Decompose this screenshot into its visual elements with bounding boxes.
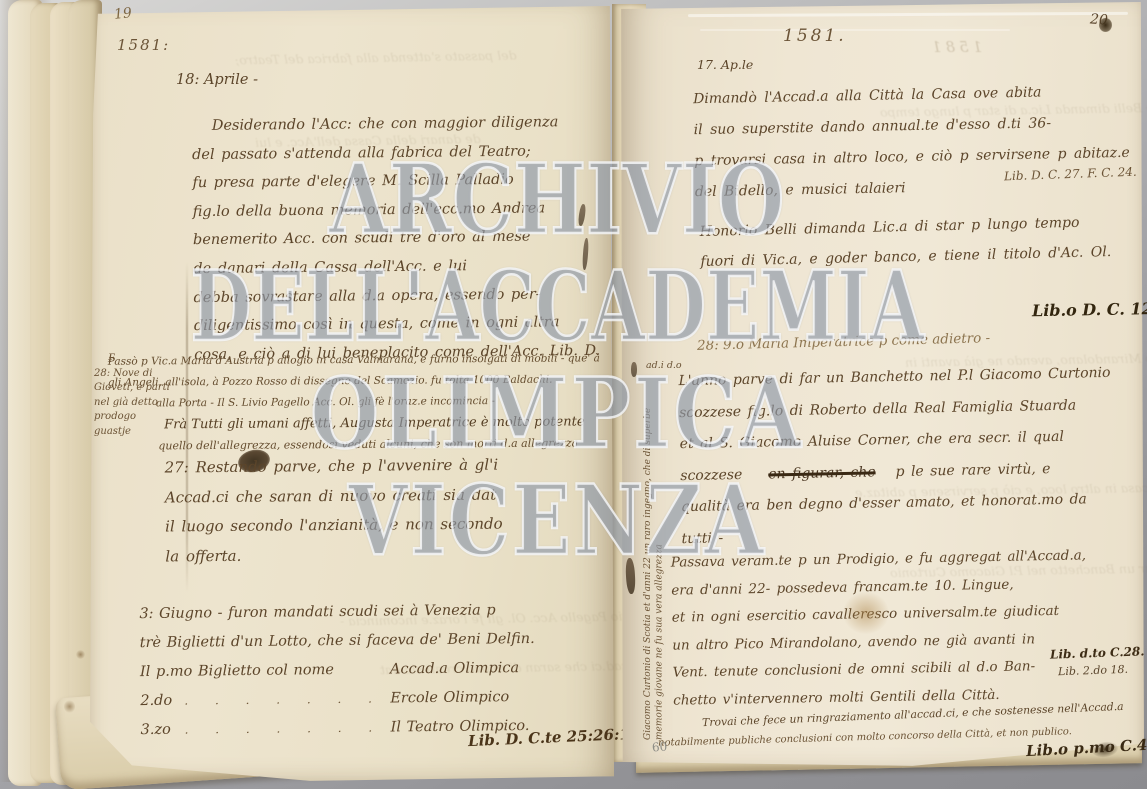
dotted-leader: . . . . . . . (184, 713, 390, 744)
manuscript-line: Accad.ci che saran di nuovo creati sia d… (165, 480, 503, 512)
manuscript-line: diligentissimo così in questa, come in o… (194, 308, 600, 341)
lotto-row: Il p.mo Biglietto col nomeAccad.a Olimpi… (140, 654, 535, 687)
manuscript-line: fu presa parte d'elegere M. Scilla Palla… (192, 165, 598, 198)
vertical-margin-note: Giacomo Curtonio di Scotia et d'anni 22 … (643, 378, 669, 740)
manuscript-line: gli Angeli, all'isola, à Pozzo Rosso di … (108, 369, 600, 393)
year-heading-right: 1581. (783, 26, 847, 46)
margin-note-line: prodogo (94, 410, 170, 425)
entry-giugno-paragraph: 3: Giugno - furon mandati scudi sei à Ve… (139, 596, 536, 745)
margin-note-line: guastje (94, 425, 170, 440)
pencil-folio-number: 60 (652, 739, 668, 754)
margin-note-line: 28: Nove di (94, 367, 170, 382)
manuscript-line: de danari della Cassa dell'Acc. e lui (193, 251, 599, 284)
entry-april-paragraph: Desiderando l'Acc: che con maggior dilig… (192, 108, 601, 370)
manuscript-line: trè Biglietti d'un Lotto, che si faceva … (140, 625, 535, 658)
manuscript-line: la offerta. (165, 539, 503, 571)
entry-banchetto-paragraph: L'anno parve di far un Banchetto nel P.l… (678, 358, 1114, 555)
lotto-name: Accad.a Olimpica (390, 660, 519, 677)
reference-citation: Lib. 2.do 18. (1058, 663, 1128, 678)
entry-27-paragraph: 27: Restando parve, che p l'avvenire à g… (164, 451, 503, 572)
line-segment: scozzese (680, 466, 742, 483)
manuscript-scan: 19 1581: 18: Aprile - del passato s'atte… (0, 0, 1147, 789)
line-segment: p le sue rare virtù, e (895, 461, 1050, 480)
manuscript-line: debba sovrastare alla d.a opera, essendo… (193, 279, 599, 312)
entry-belli-paragraph: Honorio Belli dimanda Lic.a di star p lu… (699, 207, 1111, 277)
entry-inserted-note: Passò p Vic.a Maria d'Austria p allogio … (108, 348, 601, 456)
ink-blot (1099, 18, 1112, 32)
date-heading-april: 18: Aprile - (176, 72, 258, 88)
margin-note-left: ₣ 28: Nove di Gioveti, e parti nel già d… (94, 352, 170, 440)
margin-mark: ₣ (108, 352, 170, 367)
lotto-label: 2.do (140, 687, 184, 716)
manuscript-line: il luogo secondo l'anzianità, e non seco… (165, 510, 503, 542)
lotto-label: 3.zo (140, 716, 184, 745)
paper-stain (64, 700, 75, 713)
manuscript-line: 3: Giugno - furon mandati scudi sei à Ve… (139, 596, 534, 629)
manuscript-line: Frà Tutti gli umani affetti, Augusta Imp… (164, 411, 600, 435)
manuscript-line: del passato s'attenda alla fabrica del T… (192, 136, 598, 169)
lotto-row: 2.do. . . . . . .Ercole Olimpico (140, 683, 535, 716)
paper-stain (843, 592, 889, 634)
margin-note-addo: ad.i d.o (646, 360, 682, 371)
paper-stain (76, 650, 85, 659)
date-heading-aprile-17: 17. Ap.le (697, 57, 753, 72)
manuscript-line: fig.lo della buona memoria dell'ecc.mo A… (193, 194, 599, 227)
margin-note-line: Gioveti, e parti (94, 381, 170, 396)
entry-casa-paragraph: Dimandò l'Accad.a alla Città la Casa ove… (693, 76, 1131, 208)
manuscript-line: 27: Restando parve, che p l'avvenire à g… (164, 451, 502, 483)
bleedthrough-year: 1581 (928, 38, 982, 56)
scan-streak (700, 29, 1010, 31)
lotto-name: Ercole Olimpico (390, 689, 509, 706)
lotto-label: Il p.mo Biglietto col nome (140, 655, 390, 687)
reference-citation-bold: Lib.o D. C. 127. (1032, 299, 1147, 320)
struck-out-text: en figurar, che (768, 464, 876, 482)
folio-number-left: 19 (113, 5, 132, 23)
year-heading-left: 1581: (117, 36, 170, 54)
margin-note-line: nel già detto (94, 396, 170, 411)
manuscript-line: benemerito Acc. con scudi tre d'oro al m… (193, 222, 599, 255)
dotted-leader: . . . . . . . (184, 684, 390, 715)
ink-speck (631, 362, 637, 377)
manuscript-line: Desiderando l'Acc: che con maggior dilig… (212, 108, 598, 141)
